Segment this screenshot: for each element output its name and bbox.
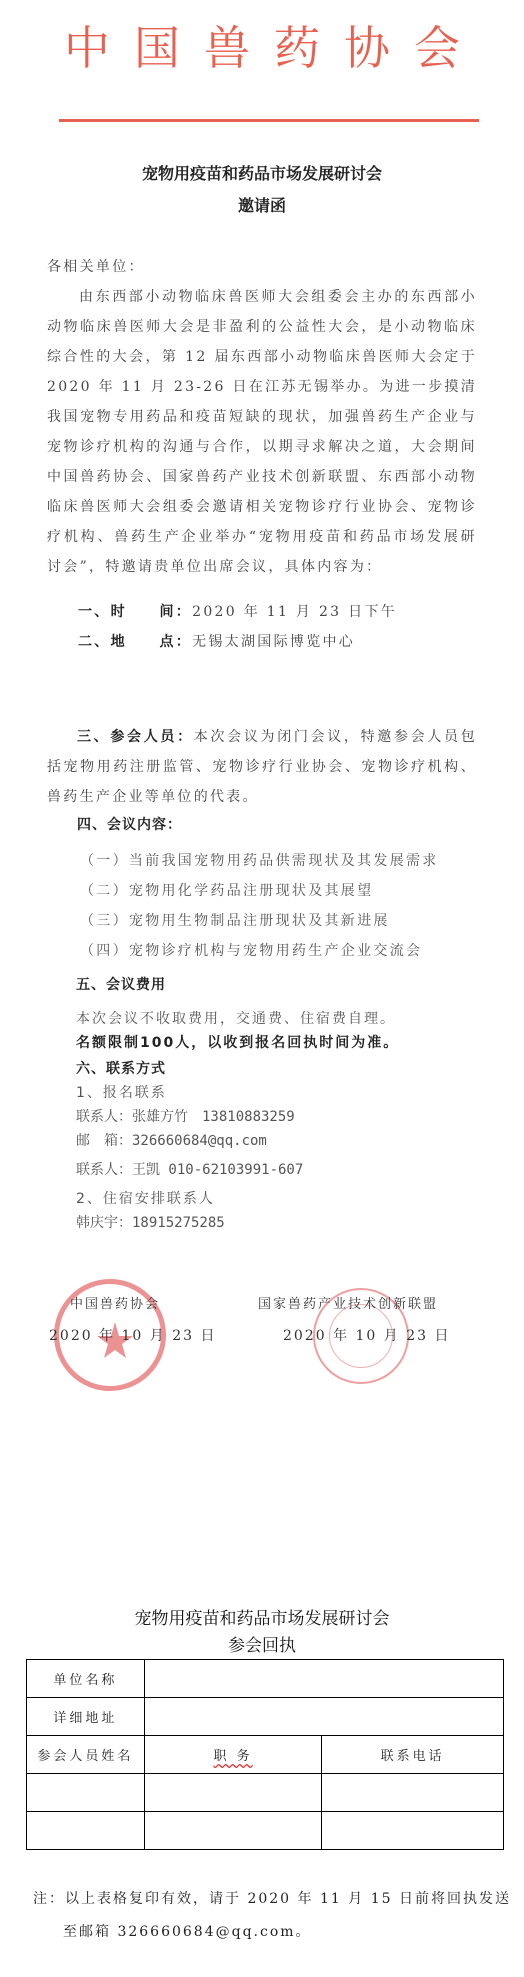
position-header-text: 职 务	[213, 1749, 252, 1764]
email-row: 邮 箱：326660684@qq.com	[76, 1130, 267, 1150]
contact-1: 联系人：张雄方竹 13810883259	[76, 1106, 295, 1126]
letterhead-organization: 中国兽药协会	[0, 22, 524, 74]
time-label: 一、时 间：	[78, 604, 192, 620]
column-header-phone: 联系电话	[322, 1736, 504, 1774]
attendee-name-field[interactable]	[27, 1774, 145, 1812]
signature-date-1: 2020 年 10 月 23 日	[49, 1325, 217, 1345]
place-label: 二、地 点：	[78, 634, 192, 650]
reply-note-line-1: 注：以上表格复印有效，请于 2020 年 11 月 15 日前将回执发送	[33, 1888, 511, 1908]
content-heading: 四、会议内容：	[77, 814, 182, 834]
attendee-position-field[interactable]	[144, 1774, 322, 1812]
place-value: 无锡太湖国际博览中心	[192, 634, 355, 650]
lodging-contact: 韩庆宇：18915275285	[76, 1212, 225, 1232]
content-item-1: （一）当前我国宠物用药品供需现状及其发展需求	[80, 850, 439, 870]
signature-org-2: 国家兽药产业技术创新联盟	[258, 1293, 438, 1312]
column-header-name: 参会人员姓名	[27, 1736, 145, 1774]
time-value: 2020 年 11 月 23 日下午	[192, 604, 397, 620]
address-field[interactable]	[144, 1698, 503, 1736]
attendee-name-field[interactable]	[27, 1812, 145, 1850]
reply-form-title: 宠物用疫苗和药品市场发展研讨会	[0, 1607, 524, 1631]
unit-name-field[interactable]	[144, 1660, 503, 1698]
signature-org-1: 中国兽药协会	[70, 1293, 160, 1312]
content-item-2: （二）宠物用化学药品注册现状及其展望	[80, 880, 373, 900]
content-item-3: （三）宠物用生物制品注册现状及其新进展	[80, 910, 390, 930]
fees-line-1: 本次会议不收取费用，交通费、住宿费自理。	[76, 1008, 396, 1028]
invitation-title: 宠物用疫苗和药品市场发展研讨会	[0, 161, 524, 184]
registration-heading: 1、报名联系	[76, 1082, 167, 1102]
table-row: 单位名称	[27, 1660, 504, 1698]
address-label: 详细地址	[27, 1698, 145, 1736]
attendee-position-field[interactable]	[144, 1812, 322, 1850]
table-row	[27, 1774, 504, 1812]
reply-form-subtitle: 参会回执	[0, 1634, 524, 1658]
table-row: 详细地址	[27, 1698, 504, 1736]
attendees-paragraph: 三、参会人员：本次会议为闭门会议，特邀参会人员包括宠物用药注册监管、宠物诊疗行业…	[47, 722, 477, 812]
signature-date-2: 2020 年 10 月 23 日	[283, 1325, 451, 1345]
reply-form-table: 单位名称 详细地址 参会人员姓名 职 务 联系电话	[26, 1659, 504, 1850]
intro-paragraph: 由东西部小动物临床兽医师大会组委会主办的东西部小动物临床兽医师大会是非盈利的公益…	[47, 282, 477, 582]
attendee-phone-field[interactable]	[322, 1812, 504, 1850]
column-header-position: 职 务	[144, 1736, 322, 1774]
unit-name-label: 单位名称	[27, 1660, 145, 1698]
table-header-row: 参会人员姓名 职 务 联系电话	[27, 1736, 504, 1774]
fees-line-2: 名额限制100人，以收到报名回执时间为准。	[76, 1032, 399, 1052]
attendee-phone-field[interactable]	[322, 1774, 504, 1812]
place-row: 二、地 点：无锡太湖国际博览中心	[78, 627, 355, 657]
contact-2: 联系人：王凯 010-62103991-607	[76, 1159, 303, 1179]
invitation-subtitle: 邀请函	[0, 193, 524, 216]
reply-note-line-2: 至邮箱 326660684@qq.com。	[63, 1921, 312, 1941]
contacts-heading: 六、联系方式	[76, 1058, 166, 1078]
salutation: 各相关单位：	[47, 252, 145, 282]
fees-heading: 五、会议费用	[76, 974, 166, 994]
attendees-label: 三、参会人员：	[77, 729, 194, 745]
lodging-heading: 2、住宿安排联系人	[76, 1188, 215, 1208]
time-row: 一、时 间：2020 年 11 月 23 日下午	[78, 597, 397, 627]
letterhead-red-rule	[59, 119, 479, 122]
table-row	[27, 1812, 504, 1850]
content-item-4: （四）宠物诊疗机构与宠物用药生产企业交流会	[80, 940, 422, 960]
